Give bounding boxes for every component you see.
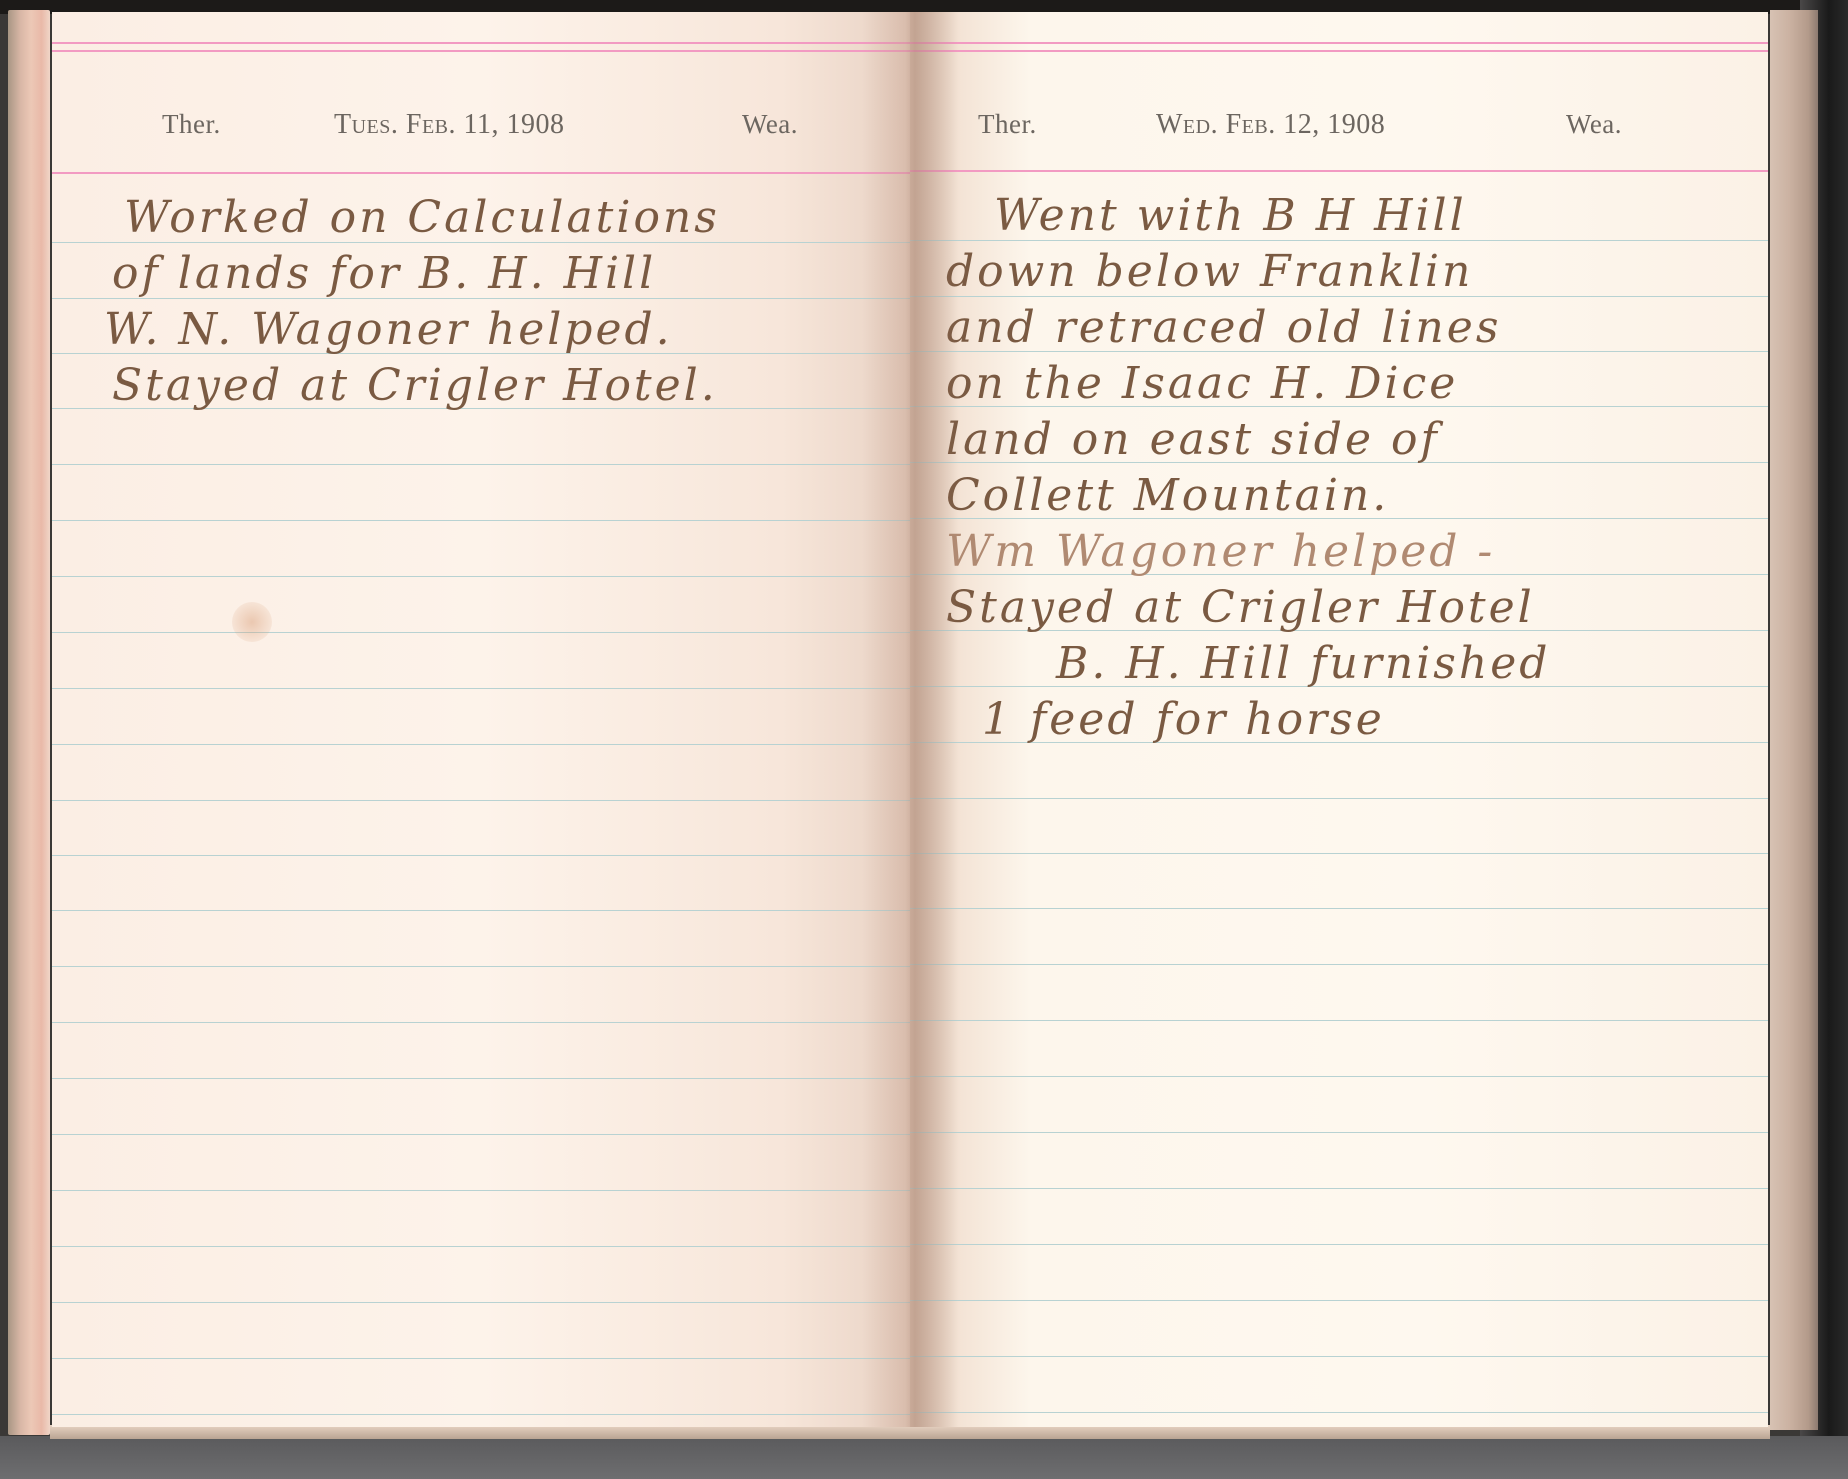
wea-label: Wea. xyxy=(1566,109,1622,140)
diary-entry-right: Went with B H Hill down below Franklin a… xyxy=(946,188,1550,748)
entry-line: down below Franklin xyxy=(946,244,1550,300)
page-edges-right xyxy=(1770,10,1818,1430)
entry-line: Stayed at Crigler Hotel. xyxy=(112,358,720,414)
ther-label: Ther. xyxy=(978,109,1037,140)
header-rule-bottom xyxy=(910,170,1768,172)
entry-line: Stayed at Crigler Hotel xyxy=(946,580,1550,636)
entry-line: Collett Mountain. xyxy=(946,468,1550,524)
entry-line: 1 feed for horse xyxy=(946,692,1550,748)
entry-line: Worked on Calculations xyxy=(112,190,720,246)
page-date: Tues. Feb. 11, 1908 xyxy=(334,109,564,141)
entry-line: B. H. Hill furnished xyxy=(946,636,1550,692)
header-rule-bottom xyxy=(52,172,910,174)
header-rule-top xyxy=(52,42,910,44)
page-edges-bottom xyxy=(50,1425,1770,1439)
header-rule-top xyxy=(910,42,1768,44)
diary-entry-left: Worked on Calculations of lands for B. H… xyxy=(112,190,720,414)
left-page: Ther. Tues. Feb. 11, 1908 Wea. Worked on… xyxy=(52,12,910,1427)
ink-stain xyxy=(232,602,272,642)
page-date: Wed. Feb. 12, 1908 xyxy=(1156,109,1385,141)
backdrop-bottom xyxy=(0,1436,1848,1479)
entry-line: land on east side of xyxy=(946,412,1550,468)
entry-line: W. N. Wagoner helped. xyxy=(104,302,720,358)
wea-label: Wea. xyxy=(742,109,798,140)
entry-line: and retraced old lines xyxy=(946,300,1550,356)
entry-line: of lands for B. H. Hill xyxy=(112,246,720,302)
header-rule-top-2 xyxy=(910,50,1768,52)
entry-line: Wm Wagoner helped - xyxy=(946,524,1550,580)
ther-label: Ther. xyxy=(162,109,221,140)
right-page: Ther. Wed. Feb. 12, 1908 Wea. Went with … xyxy=(910,12,1768,1427)
header-rule-top-2 xyxy=(52,50,910,52)
entry-line: on the Isaac H. Dice xyxy=(946,356,1550,412)
page-edges-left xyxy=(8,10,50,1435)
entry-line: Went with B H Hill xyxy=(946,188,1550,244)
